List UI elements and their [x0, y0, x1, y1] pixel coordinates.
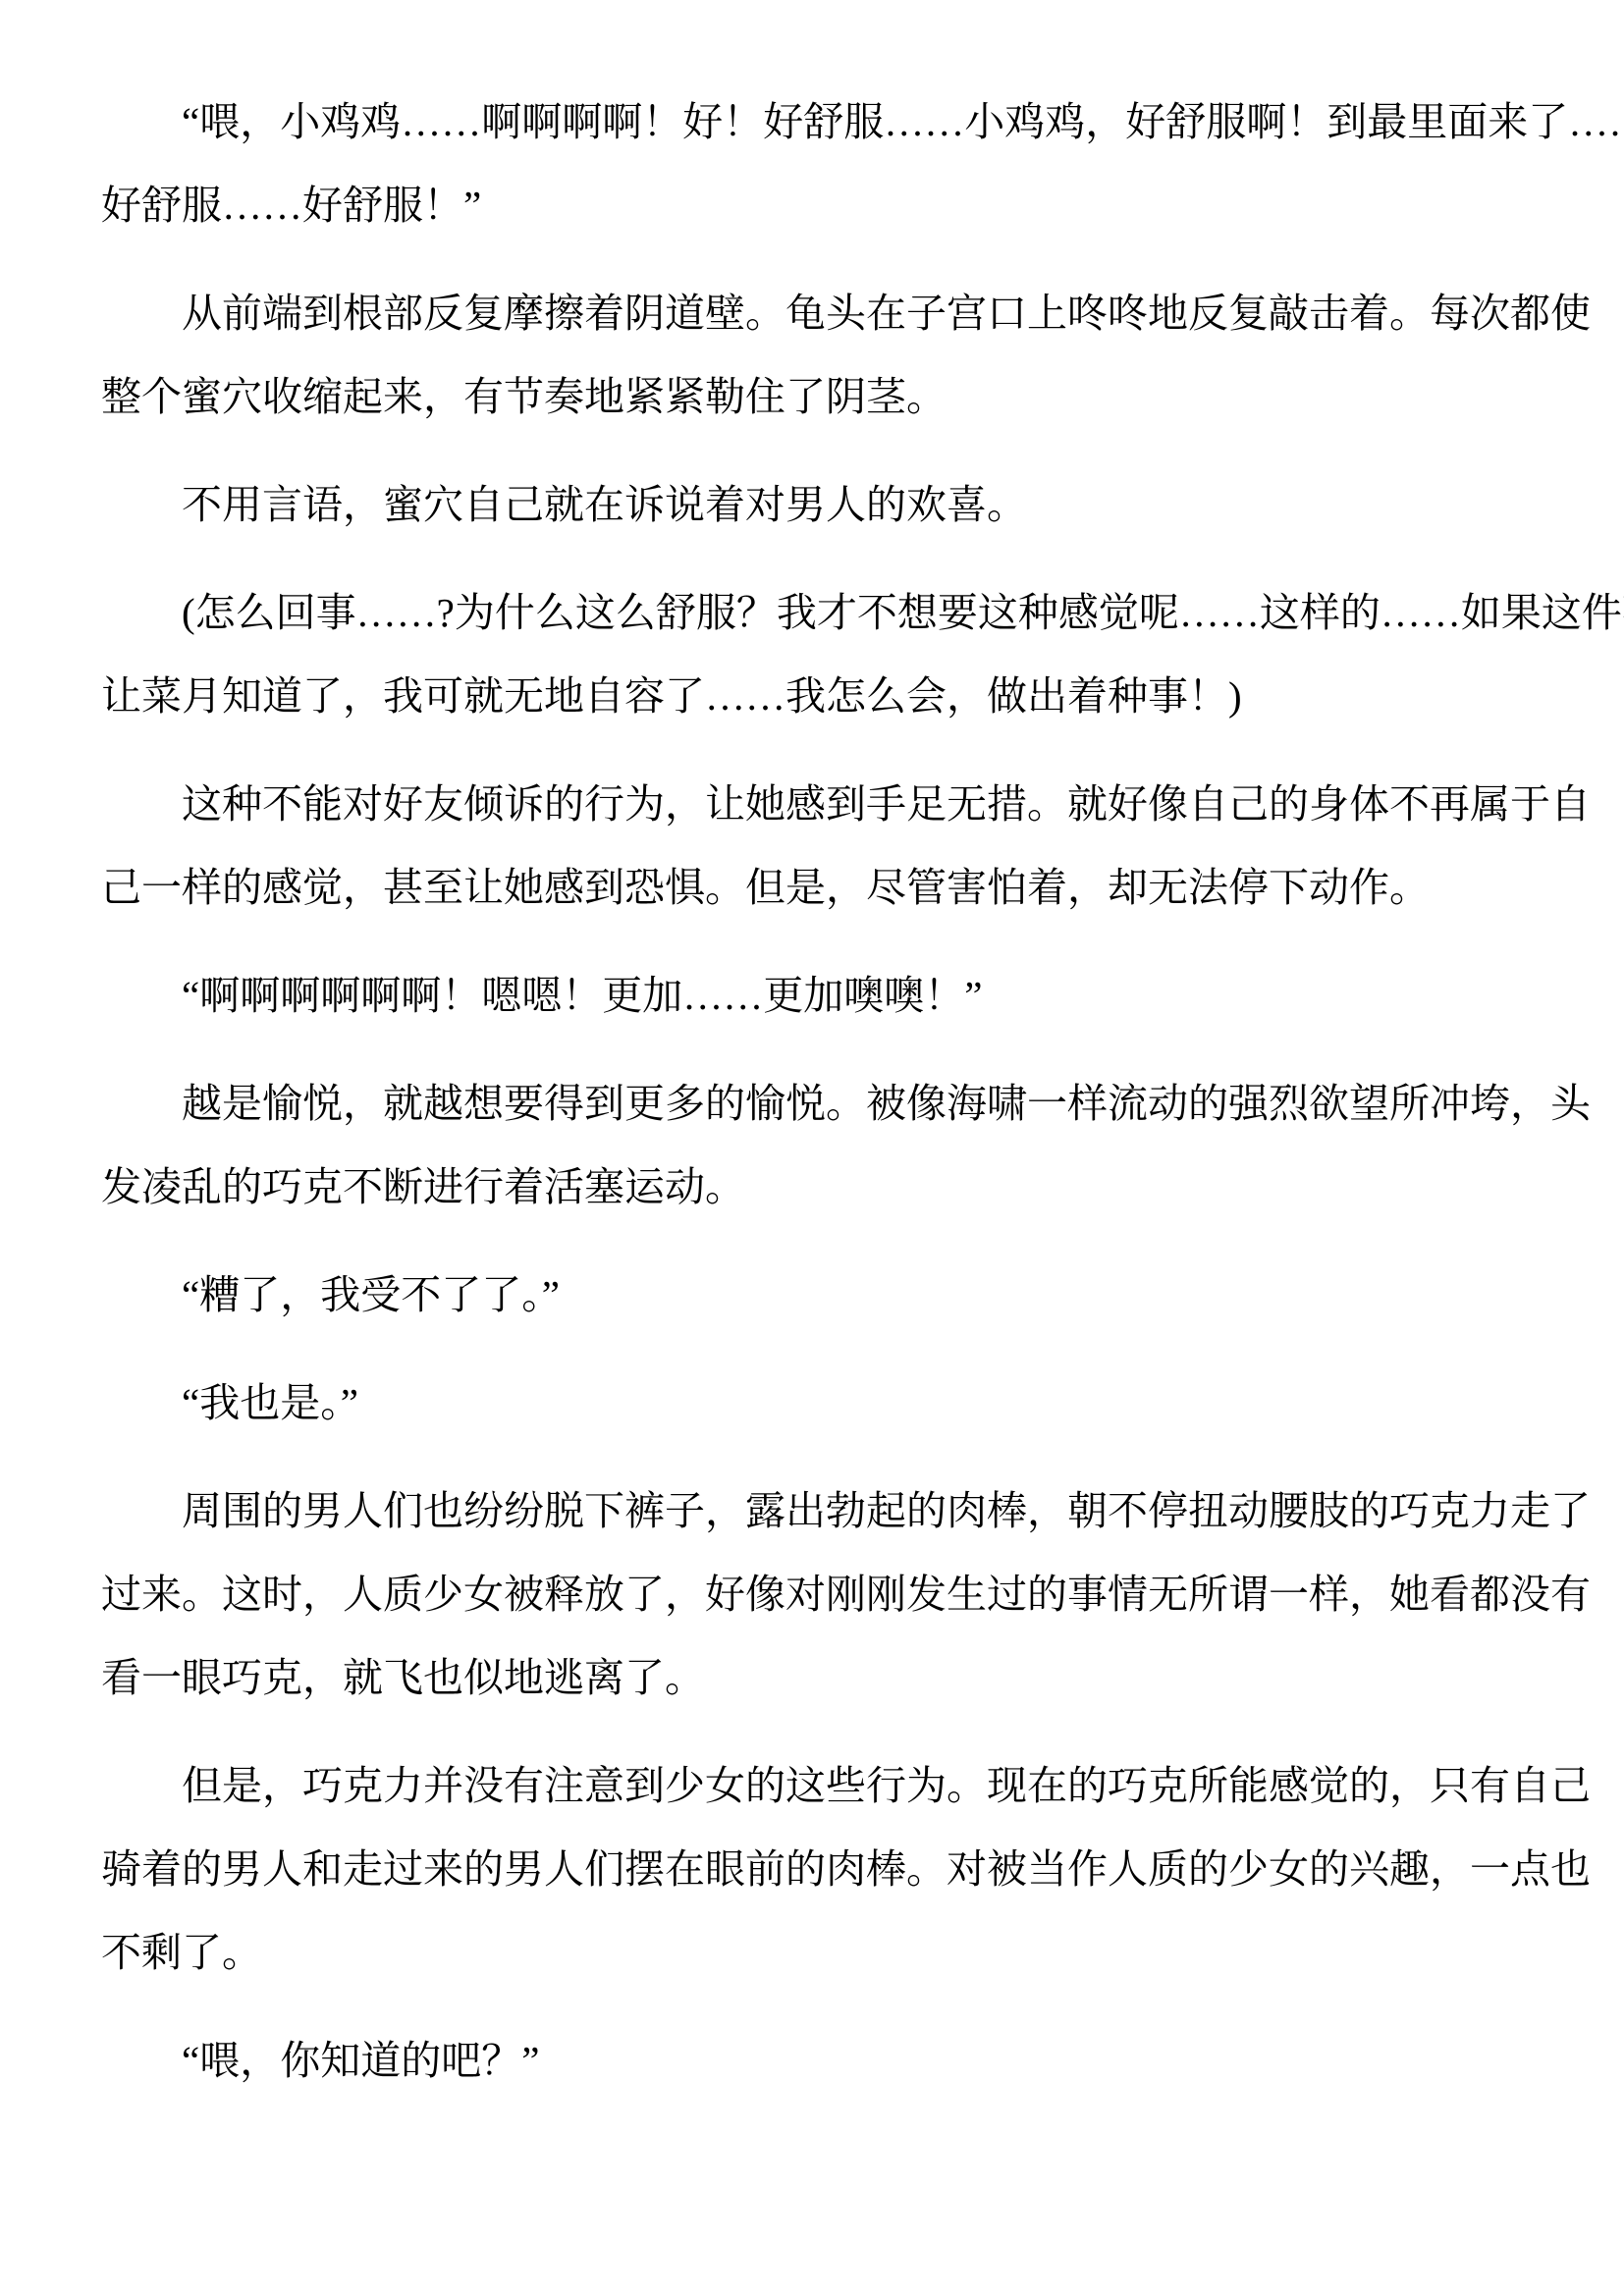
paragraph: “喂，小鸡鸡……啊啊啊啊！好！好舒服……小鸡鸡，好舒服啊！到最里面来了……好舒服… [101, 80, 1554, 247]
paragraph: 从前端到根部反复摩擦着阴道壁。龟头在子宫口上咚咚地反复敲击着。每次都使整个蜜穴收… [101, 272, 1554, 439]
text-line: 发凌乱的巧克不断进行着活塞运动。 [101, 1146, 1554, 1229]
text-line: 过来。这时，人质少女被释放了，好像对刚刚发生过的事情无所谓一样，她看都没有 [101, 1553, 1554, 1636]
text-line: 从前端到根部反复摩擦着阴道壁。龟头在子宫口上咚咚地反复敲击着。每次都使 [101, 272, 1554, 355]
text-line: 好舒服……好舒服！” [101, 164, 1554, 247]
paragraph: (怎么回事……?为什么这么舒服？我才不想要这种感觉呢……这样的……如果这件事让菜… [101, 571, 1554, 738]
text-line: “喂，你知道的吧？” [101, 2019, 1554, 2103]
paragraph: 周围的男人们也纷纷脱下裤子，露出勃起的肉棒，朝不停扭动腰肢的巧克力走了过来。这时… [101, 1469, 1554, 1720]
paragraph: 不用言语，蜜穴自己就在诉说着对男人的欢喜。 [101, 463, 1554, 547]
text-line: 骑着的男人和走过来的男人们摆在眼前的肉棒。对被当作人质的少女的兴趣，一点也 [101, 1828, 1554, 1911]
text-line: 看一眼巧克，就飞也似地逃离了。 [101, 1636, 1554, 1720]
paragraph: 越是愉悦，就越想要得到更多的愉悦。被像海啸一样流动的强烈欲望所冲垮，头发凌乱的巧… [101, 1062, 1554, 1229]
text-line: “我也是。” [101, 1362, 1554, 1445]
paragraph: 但是，巧克力并没有注意到少女的这些行为。现在的巧克所能感觉的，只有自己骑着的男人… [101, 1744, 1554, 1995]
text-line: 不剩了。 [101, 1911, 1554, 1995]
text-line: 己一样的感觉，甚至让她感到恐惧。但是，尽管害怕着，却无法停下动作。 [101, 846, 1554, 930]
text-line: “啊啊啊啊啊啊！嗯嗯！更加……更加噢噢！” [101, 954, 1554, 1038]
text-line: 不用言语，蜜穴自己就在诉说着对男人的欢喜。 [101, 463, 1554, 547]
document-body: “喂，小鸡鸡……啊啊啊啊！好！好舒服……小鸡鸡，好舒服啊！到最里面来了……好舒服… [101, 80, 1554, 2103]
paragraph: 这种不能对好友倾诉的行为，让她感到手足无措。就好像自己的身体不再属于自己一样的感… [101, 763, 1554, 930]
paragraph: “我也是。” [101, 1362, 1554, 1445]
text-line: (怎么回事……?为什么这么舒服？我才不想要这种感觉呢……这样的……如果这件事 [101, 571, 1554, 655]
document-page: “喂，小鸡鸡……啊啊啊啊！好！好舒服……小鸡鸡，好舒服啊！到最里面来了……好舒服… [0, 0, 1624, 2296]
paragraph: “啊啊啊啊啊啊！嗯嗯！更加……更加噢噢！” [101, 954, 1554, 1038]
text-line: 让菜月知道了，我可就无地自容了……我怎么会，做出着种事！) [101, 655, 1554, 738]
text-line: 整个蜜穴收缩起来，有节奏地紧紧勒住了阴茎。 [101, 355, 1554, 439]
text-line: 但是，巧克力并没有注意到少女的这些行为。现在的巧克所能感觉的，只有自己 [101, 1744, 1554, 1828]
paragraph: “喂，你知道的吧？” [101, 2019, 1554, 2103]
text-line: 越是愉悦，就越想要得到更多的愉悦。被像海啸一样流动的强烈欲望所冲垮，头 [101, 1062, 1554, 1146]
text-line: “糟了，我受不了了。” [101, 1254, 1554, 1337]
text-line: 这种不能对好友倾诉的行为，让她感到手足无措。就好像自己的身体不再属于自 [101, 763, 1554, 846]
text-line: “喂，小鸡鸡……啊啊啊啊！好！好舒服……小鸡鸡，好舒服啊！到最里面来了…… [101, 80, 1554, 164]
paragraph: “糟了，我受不了了。” [101, 1254, 1554, 1337]
text-line: 周围的男人们也纷纷脱下裤子，露出勃起的肉棒，朝不停扭动腰肢的巧克力走了 [101, 1469, 1554, 1553]
